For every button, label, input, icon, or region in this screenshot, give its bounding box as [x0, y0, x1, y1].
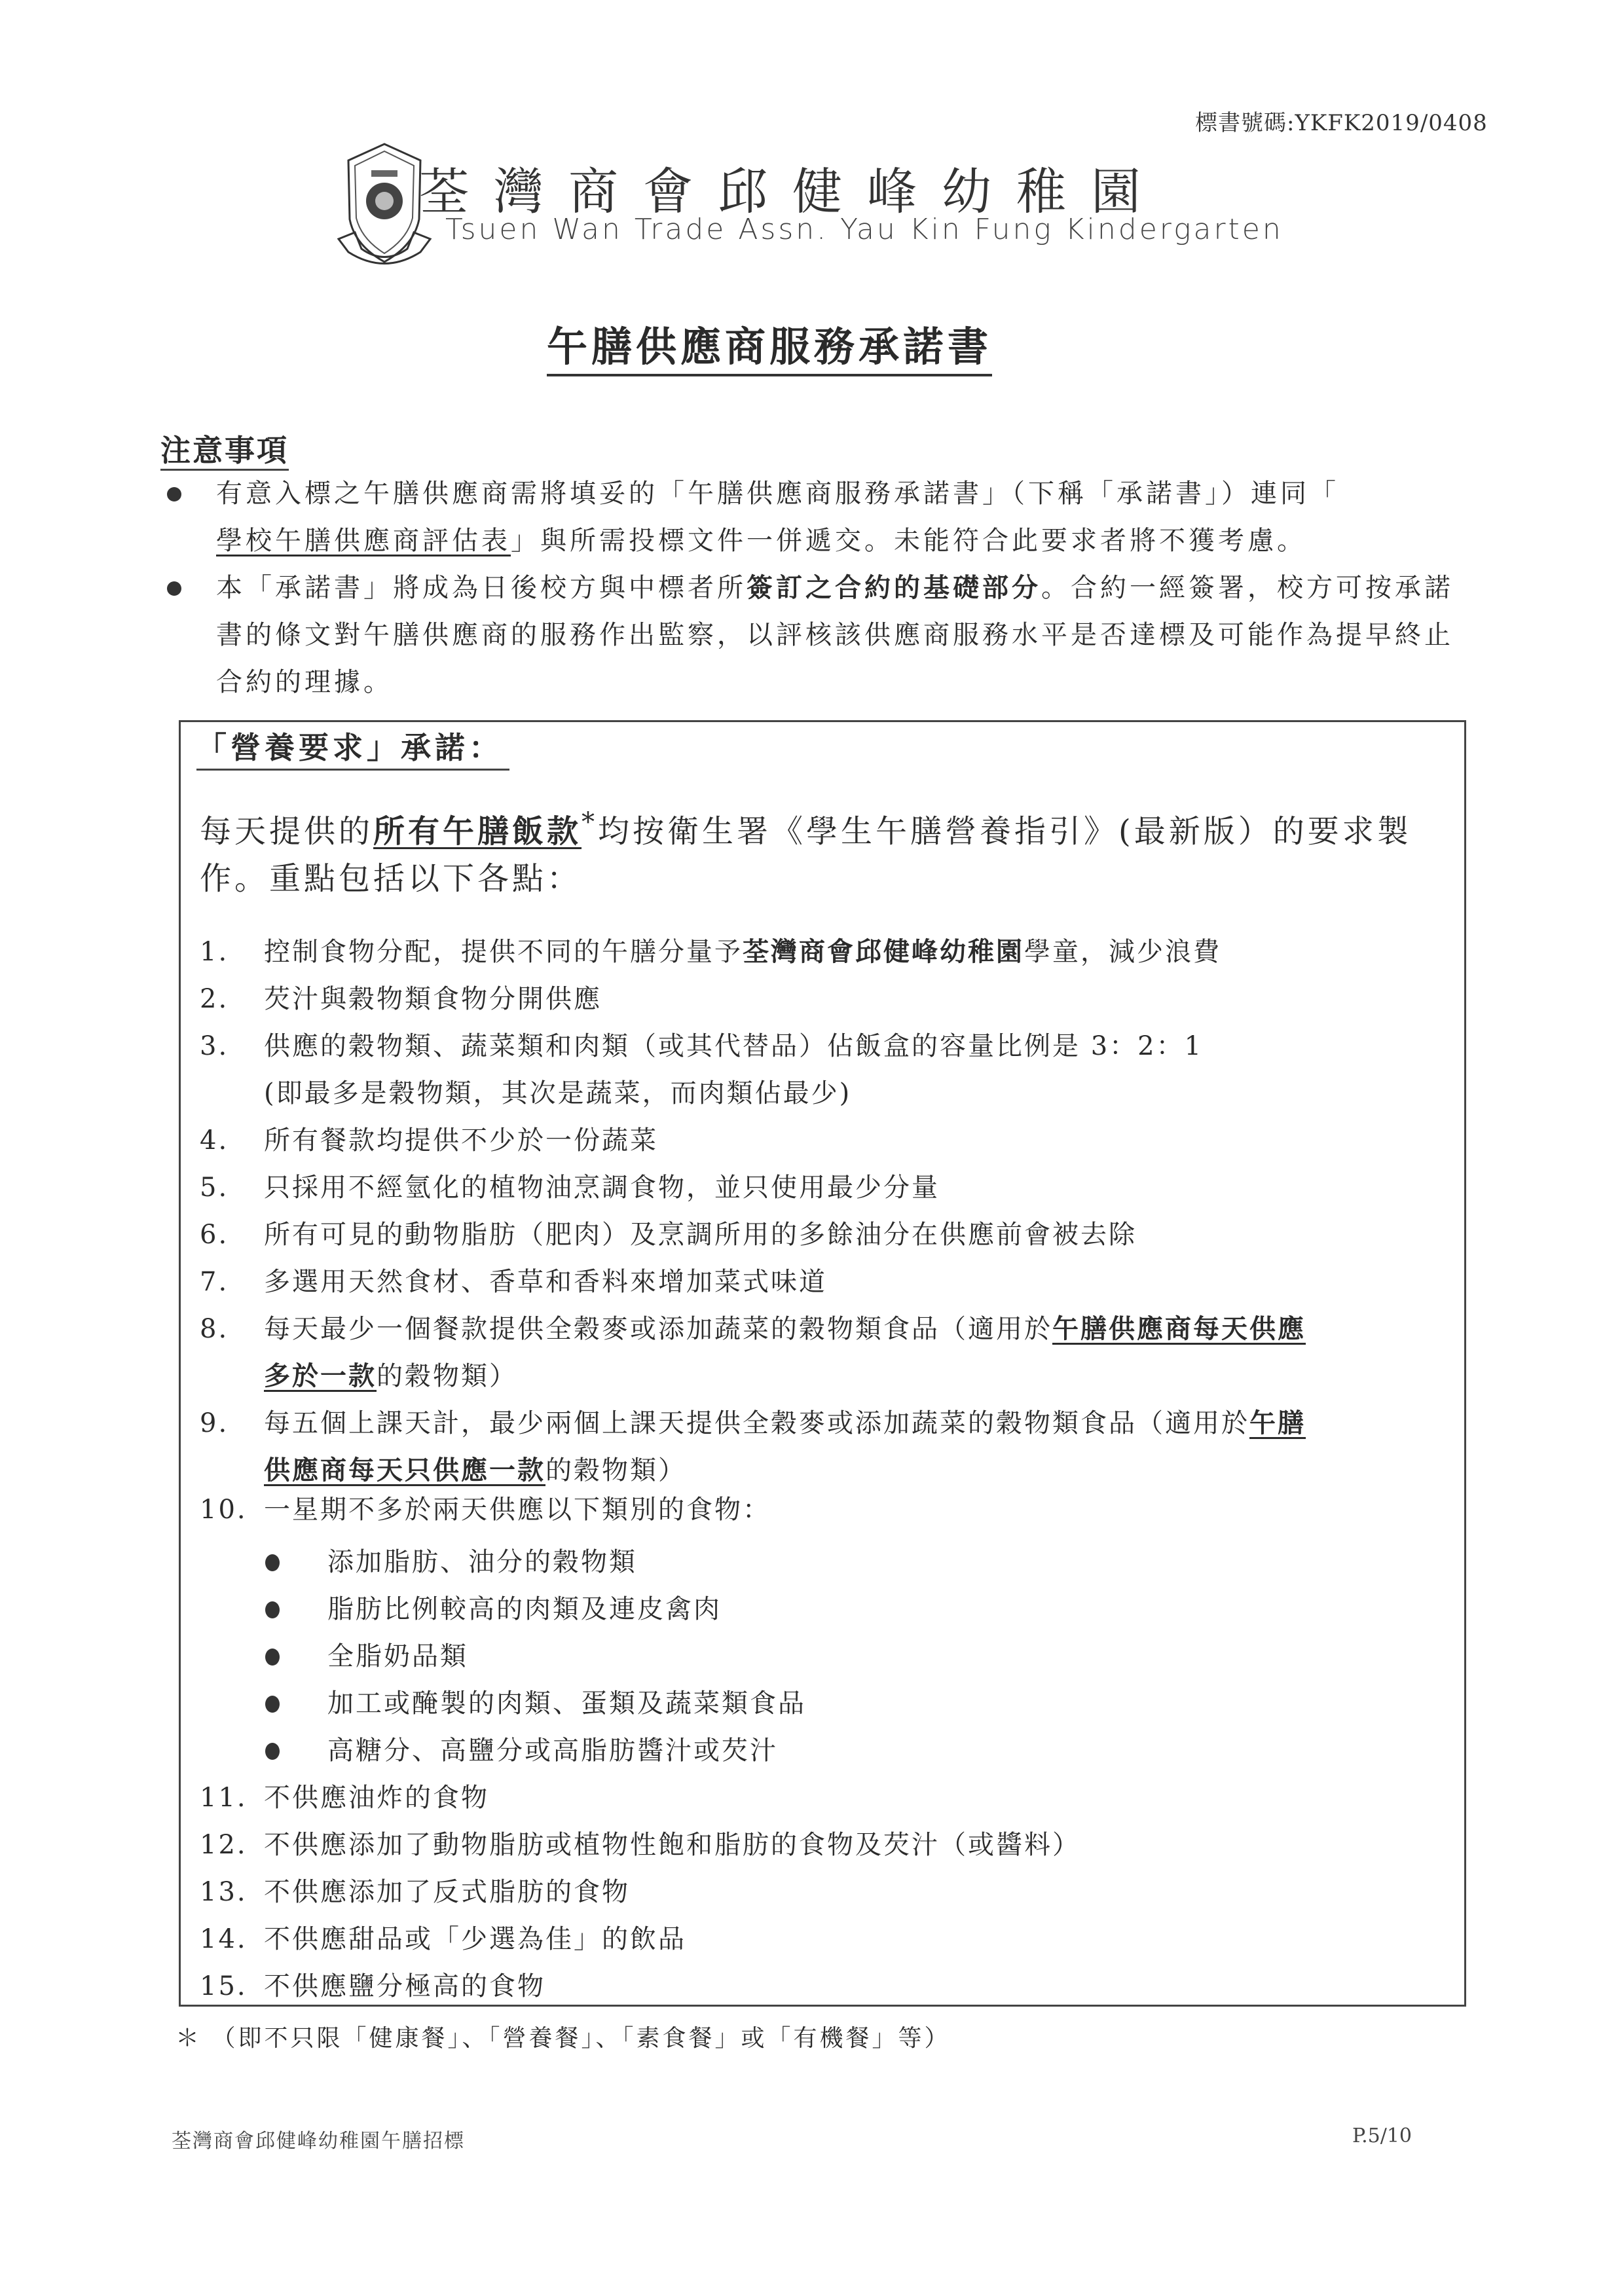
item-text: 多選用天然食材、香草和香料來增加菜式味道 — [264, 1258, 827, 1305]
item-text: 的穀物類） — [545, 1455, 686, 1485]
item-number: 15. — [200, 1963, 264, 2010]
bullet-icon — [265, 1696, 280, 1713]
note-1-line1: 有意入標之午膳供應商需將填妥的「午膳供應商服務承諾書」（下稱「承諾書」）連同「 — [216, 479, 1339, 509]
item-bold-underlined: 午膳供應商每天供應 — [1052, 1313, 1306, 1344]
item-text: 芡汁與穀物類食物分開供應 — [264, 975, 602, 1023]
item-number: 11. — [200, 1774, 264, 1821]
note-item-1: 有意入標之午膳供應商需將填妥的「午膳供應商服務承諾書」（下稱「承諾書」）連同「 … — [167, 470, 1457, 564]
notes-heading: 注意事項 — [160, 432, 289, 471]
item-number: 3. — [200, 1023, 264, 1070]
list-item-4: 4.所有餐款均提供不少於一份蔬菜 — [200, 1117, 1450, 1164]
item-number: 7. — [200, 1258, 264, 1305]
item-number: 4. — [200, 1117, 264, 1164]
item-number: 6. — [200, 1211, 264, 1258]
item-text: 只採用不經氫化的植物油烹調食物，並只使用最少分量 — [264, 1164, 940, 1211]
list-item-12: 12.不供應添加了動物脂肪或植物性飽和脂肪的食物及芡汁（或醬料） — [200, 1821, 1450, 1868]
item-text: 學童，減少浪費 — [1024, 937, 1221, 967]
item-text: 供應的穀物類、蔬菜類和肉類（或其代替品）佔飯盒的容量比例是 3：2：1 — [264, 1023, 1203, 1070]
item-text: 不供應甜品或「少選為佳」的飲品 — [264, 1916, 686, 1963]
list-item-3: 3.供應的穀物類、蔬菜類和肉類（或其代替品）佔飯盒的容量比例是 3：2：1 (即… — [200, 1023, 1450, 1117]
sub-item-1: 添加脂肪、油分的穀物類 — [265, 1539, 637, 1586]
note-2-bold: 簽訂之合約的基礎部分 — [747, 572, 1041, 603]
item-bold: 荃灣商會邱健峰幼稚園 — [743, 936, 1024, 967]
item-number: 2. — [200, 975, 264, 1023]
sub-item-4: 加工或醃製的肉類、蛋類及蔬菜類食品 — [265, 1680, 806, 1727]
list-item-2: 2.芡汁與穀物類食物分開供應 — [200, 975, 1450, 1023]
list-item-14: 14.不供應甜品或「少選為佳」的飲品 — [200, 1916, 1450, 1963]
list-item-5: 5.只採用不經氫化的植物油烹調食物，並只使用最少分量 — [200, 1164, 1450, 1211]
commitment-intro: 每天提供的所有午膳飯款*均按衛生署《學生午膳營養指引》(最新版）的要求製作。重點… — [200, 799, 1444, 902]
sub-item-text: 脂肪比例較高的肉類及連皮禽肉 — [327, 1594, 722, 1624]
note-item-2: 本「承諾書」將成為日後校方與中標者所簽訂之合約的基礎部分。合約一經簽署，校方可按… — [167, 564, 1457, 706]
bullet-icon — [265, 1743, 280, 1760]
item-text: 不供應鹽分極高的食物 — [264, 1963, 545, 2010]
commitment-heading: 「營養要求」承諾： — [196, 727, 509, 771]
item-number: 9. — [200, 1400, 264, 1447]
list-item-9: 9.每五個上課天計，最少兩個上課天提供全穀麥或添加蔬菜的穀物類食品（適用於午膳 … — [200, 1400, 1450, 1494]
list-item-8: 8.每天最少一個餐款提供全穀麥或添加蔬菜的穀物類食品（適用於午膳供應商每天供應 … — [200, 1305, 1450, 1400]
list-item-1: 1.控制食物分配，提供不同的午膳分量予荃灣商會邱健峰幼稚園學童，減少浪費 — [200, 928, 1450, 975]
page-number: P.5/10 — [1352, 2124, 1412, 2147]
bullet-icon — [265, 1649, 280, 1666]
bullet-icon — [167, 581, 181, 596]
sub-item-text: 全脂奶品類 — [327, 1641, 468, 1671]
item-bold-underlined: 多於一款 — [264, 1360, 377, 1391]
item-text: 的穀物類） — [377, 1361, 517, 1391]
sub-item-text: 高糖分、高鹽分或高脂肪醬汁或芡汁 — [327, 1736, 778, 1766]
item-text-line2: (即最多是穀物類，其次是蔬菜，而肉類佔最少) — [264, 1070, 1450, 1117]
sub-item-5: 高糖分、高鹽分或高脂肪醬汁或芡汁 — [265, 1727, 778, 1774]
sub-item-3: 全脂奶品類 — [265, 1633, 468, 1680]
item-number: 8. — [200, 1305, 264, 1353]
item-number: 13. — [200, 1868, 264, 1916]
item-number: 14. — [200, 1916, 264, 1963]
item-text: 控制食物分配，提供不同的午膳分量予 — [264, 937, 743, 967]
item-text: 每天最少一個餐款提供全穀麥或添加蔬菜的穀物類食品（適用於 — [264, 1314, 1052, 1344]
item-text: 不供應添加了動物脂肪或植物性飽和脂肪的食物及芡汁（或醬料） — [264, 1821, 1080, 1868]
item-text: 不供應添加了反式脂肪的食物 — [264, 1868, 630, 1916]
bullet-icon — [265, 1601, 280, 1618]
item-number: 12. — [200, 1821, 264, 1868]
list-item-6: 6.所有可見的動物脂肪（肥肉）及烹調所用的多餘油分在供應前會被去除 — [200, 1211, 1450, 1258]
list-item-11: 11.不供應油炸的食物 — [200, 1774, 1450, 1821]
bullet-icon — [265, 1554, 280, 1571]
item-number: 1. — [200, 928, 264, 975]
asterisk-mark: * — [581, 807, 598, 837]
list-item-13: 13.不供應添加了反式脂肪的食物 — [200, 1868, 1450, 1916]
list-item-7: 7.多選用天然食材、香草和香料來增加菜式味道 — [200, 1258, 1450, 1305]
bullet-icon — [167, 487, 181, 501]
intro-pre: 每天提供的 — [200, 813, 373, 850]
sub-item-text: 加工或醃製的肉類、蛋類及蔬菜類食品 — [327, 1688, 806, 1719]
item-number: 10. — [200, 1486, 264, 1533]
sub-item-text: 添加脂肪、油分的穀物類 — [327, 1547, 637, 1577]
item-text: 一星期不多於兩天供應以下類別的食物： — [264, 1486, 771, 1533]
note-2-part1: 本「承諾書」將成為日後校方與中標者所 — [216, 573, 747, 603]
school-name-english: Tsuen Wan Trade Assn. Yau Kin Fung Kinde… — [445, 213, 1283, 246]
item-text: 不供應油炸的食物 — [264, 1774, 489, 1821]
note-1-line2: 」與所需投標文件一併遞交。未能符合此要求者將不獲考慮。 — [511, 526, 1306, 556]
item-bold-underlined: 供應商每天只供應一款 — [264, 1455, 545, 1485]
list-item-10: 10.一星期不多於兩天供應以下類別的食物： — [200, 1486, 1450, 1533]
item-text: 所有可見的動物脂肪（肥肉）及烹調所用的多餘油分在供應前會被去除 — [264, 1211, 1137, 1258]
item-number: 5. — [200, 1164, 264, 1211]
item-text: 所有餐款均提供不少於一份蔬菜 — [264, 1117, 658, 1164]
intro-underlined: 所有午膳飯款 — [373, 813, 581, 850]
item-text: 每五個上課天計，最少兩個上課天提供全穀麥或添加蔬菜的穀物類食品（適用於 — [264, 1408, 1249, 1438]
note-1-form-name: 學校午膳供應商評估表 — [216, 526, 511, 556]
list-item-15: 15.不供應鹽分極高的食物 — [200, 1963, 1450, 2010]
sub-item-2: 脂肪比例較高的肉類及連皮禽肉 — [265, 1586, 722, 1633]
footer-title: 荃灣商會邱健峰幼稚園午膳招標 — [172, 2124, 465, 2153]
document-title: 午膳供應商服務承諾書 — [547, 314, 992, 376]
tender-number: 標書號碼:YKFK2019/0408 — [1195, 105, 1488, 137]
item-bold-underlined: 午膳 — [1249, 1408, 1306, 1438]
footnote: ＊ （即不只限「健康餐」、「營養餐」、「素食餐」或「有機餐」等） — [175, 2020, 950, 2053]
